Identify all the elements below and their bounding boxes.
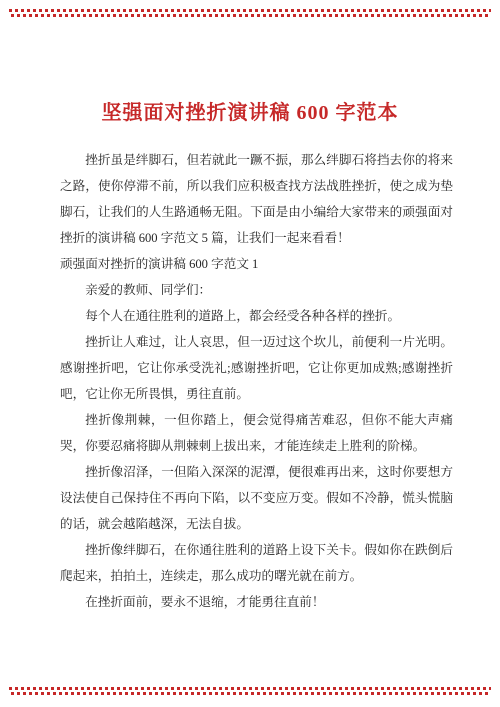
paragraph: 在挫折面前，要永不退缩，才能勇往直前！ <box>60 589 453 615</box>
paragraph: 亲爱的教师、同学们： <box>60 277 453 303</box>
top-art-border <box>9 9 491 17</box>
paragraph: 挫折像沼泽，一但陷入深深的泥潭，便很难再出来，这时你要想方设法使自己保持住不再向… <box>60 459 453 537</box>
paragraph: 挫折像荆棘，一但你踏上，便会觉得痛苦难忍，但你不能大声痛哭，你要忍痛将脚从荆棘刺… <box>60 407 453 459</box>
document-title: 坚强面对挫折演讲稿 600 字范本 <box>0 99 500 127</box>
document-page: 坚强面对挫折演讲稿 600 字范本 挫折虽是绊脚石，但若就此一蹶不振，那么绊脚石… <box>0 0 500 707</box>
paragraph: 挫折让人难过，让人哀思，但一迈过这个坎儿，前便利一片光明。感谢挫折吧，它让你承受… <box>60 329 453 407</box>
paragraph: 每个人在通往胜利的道路上，都会经受各种各样的挫折。 <box>60 303 453 329</box>
paragraph: 挫折虽是绊脚石，但若就此一蹶不振，那么绊脚石将挡去你的将来之路，使你停滞不前，所… <box>60 147 453 251</box>
paragraph: 顽强面对挫折的演讲稿 600 字范文 1 <box>60 251 453 277</box>
document-body: 挫折虽是绊脚石，但若就此一蹶不振，那么绊脚石将挡去你的将来之路，使你停滞不前，所… <box>60 147 453 615</box>
bottom-art-border <box>9 687 491 695</box>
paragraph: 挫折像绊脚石，在你通往胜利的道路上设下关卡。假如你在跌倒后爬起来，拍拍土，连续走… <box>60 537 453 589</box>
